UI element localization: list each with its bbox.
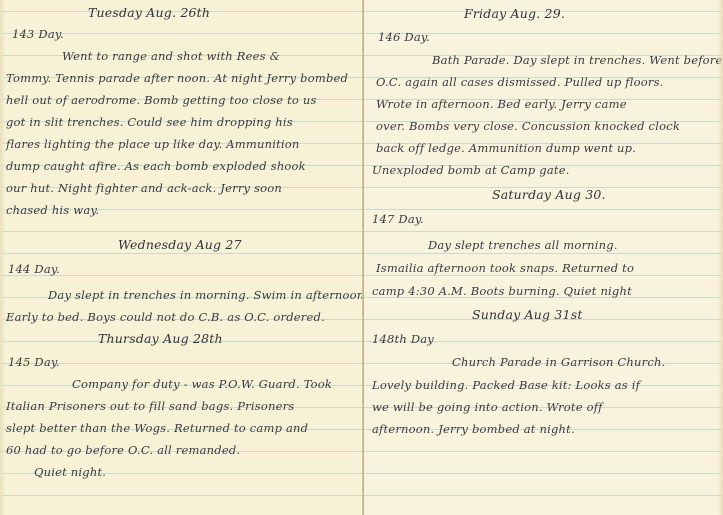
diary-line: afternoon. Jerry bombed at night. (372, 422, 575, 436)
day-label: 145 Day. (8, 355, 60, 369)
diary-line: got in slit trenches. Could see him drop… (6, 115, 293, 129)
diary-line: our hut. Night fighter and ack-ack. Jerr… (6, 181, 282, 195)
diary-line: we will be going into action. Wrote off (372, 400, 603, 414)
date-heading: Sunday Aug 31st (472, 307, 583, 322)
diary-line: 60 had to go before O.C. all remanded. (6, 443, 240, 457)
diary-line: Unexploded bomb at Camp gate. (372, 163, 570, 177)
diary-line: Day slept in trenches in morning. Swim i… (48, 288, 364, 302)
date-heading: Friday Aug. 29. (464, 6, 565, 21)
diary-line: Quiet night. (34, 465, 106, 479)
diary-line: slept better than the Wogs. Returned to … (6, 421, 308, 435)
diary-spread: Tuesday Aug. 26th 143 Day. Went to range… (0, 0, 723, 515)
day-label: 147 Day. (372, 212, 424, 226)
date-heading: Tuesday Aug. 26th (88, 5, 210, 20)
diary-line: Church Parade in Garrison Church. (452, 355, 665, 369)
diary-line: Wrote in afternoon. Bed early. Jerry cam… (376, 97, 627, 111)
diary-line: Company for duty - was P.O.W. Guard. Too… (72, 377, 332, 391)
diary-line: over. Bombs very close. Concussion knock… (376, 119, 680, 133)
day-label: 148th Day (372, 332, 434, 346)
diary-line: Early to bed. Boys could not do C.B. as … (6, 310, 325, 324)
day-label: 146 Day. (378, 30, 430, 44)
date-heading: Thursday Aug 28th (98, 331, 223, 346)
diary-line: Day slept trenches all morning. (428, 238, 618, 252)
day-label: 144 Day. (8, 262, 60, 276)
diary-line: O.C. again all cases dismissed. Pulled u… (376, 75, 664, 89)
date-heading: Saturday Aug 30. (492, 187, 606, 202)
diary-line: hell out of aerodrome. Bomb getting too … (6, 93, 317, 107)
diary-line: Ismailia afternoon took snaps. Returned … (376, 261, 634, 275)
diary-line: dump caught afire. As each bomb exploded… (6, 159, 306, 173)
diary-line: Tommy. Tennis parade after noon. At nigh… (6, 71, 348, 85)
diary-line: back off ledge. Ammunition dump went up. (376, 141, 636, 155)
left-page: Tuesday Aug. 26th 143 Day. Went to range… (0, 0, 363, 515)
diary-line: flares lighting the place up like day. A… (6, 137, 300, 151)
right-page: Friday Aug. 29. 146 Day. Bath Parade. Da… (364, 0, 723, 515)
diary-line: camp 4:30 A.M. Boots burning. Quiet nigh… (372, 284, 632, 298)
diary-line: Italian Prisoners out to fill sand bags.… (6, 399, 294, 413)
diary-line: Went to range and shot with Rees & (62, 49, 280, 63)
diary-line: Lovely building. Packed Base kit: Looks … (372, 378, 640, 392)
diary-line: chased his way. (6, 203, 99, 217)
diary-line: Bath Parade. Day slept in trenches. Went… (432, 53, 723, 67)
day-label: 143 Day. (12, 27, 64, 41)
date-heading: Wednesday Aug 27 (118, 237, 242, 252)
